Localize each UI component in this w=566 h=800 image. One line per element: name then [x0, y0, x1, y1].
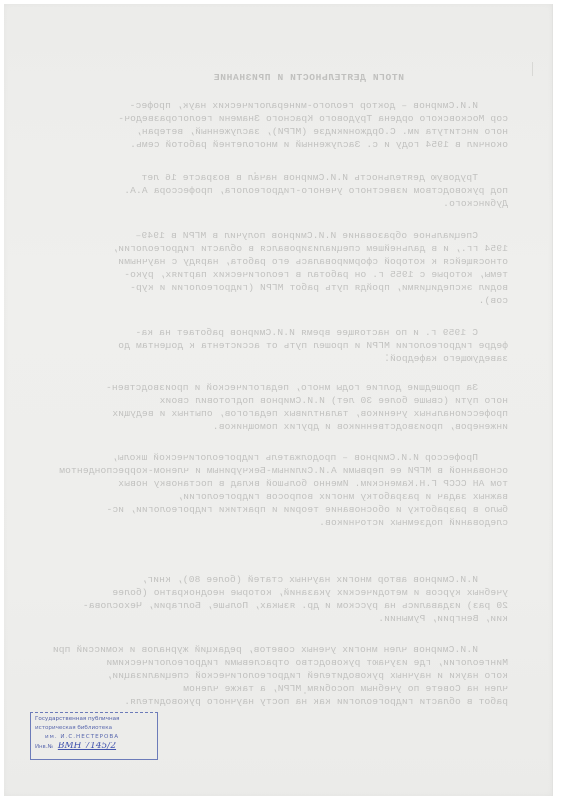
showthrough-line: И.И.Смирнов – доктор геолого-минералогич… — [129, 100, 478, 112]
showthrough-line: Мингеологии, где изучают руководство отр… — [106, 657, 508, 669]
scanned-page: ИТОГИ ДЕЯТЕЛЬНОСТИ И ПРИЗНАНИЕ И.И.Смирн… — [0, 0, 566, 800]
showthrough-line: темы, которые с 1955 г. он работал в гео… — [124, 269, 508, 281]
showthrough-line: окончил в 1954 году и с. Заслуженный и м… — [130, 139, 508, 151]
showthrough-line: Специальное образование И.И.Смирнов полу… — [135, 230, 478, 242]
showthrough-line: ного пути (свыше более 30 лет) И.И.Смирн… — [159, 395, 508, 407]
showthrough-line: 1954 гг., и в дальнейшем специализировал… — [112, 243, 508, 255]
stamp-inventory-row: Инв.№ ВМН 7145/2 — [35, 742, 153, 752]
showthrough-line: было в разработку и обоснование теории и… — [106, 504, 508, 516]
stamp-inventory-label: Инв.№ — [35, 744, 53, 750]
showthrough-line: 20 раз) издавались на русском и др. язык… — [83, 600, 508, 612]
showthrough-line: член на Совете по учебным пособиям МГРИ,… — [183, 683, 508, 695]
library-stamp: Государственная публичная историческая б… — [30, 712, 158, 760]
showthrough-line: И.И.Смирнов член многих ученых советов, … — [53, 644, 478, 656]
showthrough-line: работ в области гидрогеологии как на пос… — [124, 696, 508, 708]
paper-crease — [532, 62, 533, 76]
showthrough-line: федре гидрогеологии МГРИ и прошел путь о… — [118, 340, 508, 352]
stamp-line-3: им. И.С.НЕСТЕРОВА — [35, 733, 153, 742]
showthrough-line: И.И.Смирнов автор многих научных статей … — [141, 574, 478, 586]
showthrough-line: следований подземных источников. — [319, 517, 508, 529]
showthrough-line: кого науки и научных руководителей гидро… — [106, 670, 508, 682]
showthrough-line: С 1959 г. и по настоящее время И.И.Смирн… — [135, 327, 478, 339]
paper-speck — [386, 354, 388, 356]
showthrough-line: основанной в МГРИ ее первыми А.И.Силиным… — [59, 465, 508, 477]
paper-sheet: ИТОГИ ДЕЯТЕЛЬНОСТИ И ПРИЗНАНИЕ И.И.Смирн… — [4, 4, 553, 796]
mirrored-showthrough-text: ИТОГИ ДЕЯТЕЛЬНОСТИ И ПРИЗНАНИЕ И.И.Смирн… — [4, 4, 552, 796]
showthrough-line: важных задач и разработку многих вопросо… — [177, 491, 508, 503]
showthrough-line: заведующего кафедрой. — [384, 353, 508, 365]
showthrough-line: сор Московского ордена Трудового Красног… — [118, 113, 508, 125]
showthrough-title: ИТОГИ ДЕЯТЕЛЬНОСТИ И ПРИЗНАНИЕ — [213, 72, 404, 84]
showthrough-line: кии, Венгрии, Румынии. — [378, 613, 508, 625]
stamp-line-2: историческая библиотека — [35, 724, 153, 733]
showthrough-line: том АН СССР Г.Н.Каменским. Именно большо… — [118, 478, 508, 490]
showthrough-line: учебных курсов и методических указаний, … — [112, 587, 508, 599]
showthrough-line: профессиональных учеников, талантливых п… — [112, 408, 508, 420]
showthrough-line: Дубинского. — [443, 198, 508, 210]
showthrough-line: Трудовую деятельность И.И.Смирнов начал … — [141, 172, 478, 184]
showthrough-line: инженеров, производственников и других п… — [213, 421, 508, 433]
showthrough-line: сов). — [478, 295, 508, 307]
showthrough-line: водил экспедициями, пройдя путь работ МГ… — [130, 282, 508, 294]
showthrough-line: относящейся к которой сформировалась его… — [118, 256, 508, 268]
showthrough-line: под руководством известного ученого-гидр… — [124, 185, 508, 197]
stamp-line-1: Государственная публичная — [35, 715, 153, 724]
showthrough-line: Профессор И.И.Смирнов – продолжатель гид… — [112, 452, 478, 464]
showthrough-line: За прошедшие долгие годы много, педагоги… — [106, 382, 478, 394]
showthrough-line: ного института им. С.Орджоникидзе (МГРИ)… — [136, 126, 508, 138]
paper-speck — [304, 692, 306, 694]
stamp-inventory-number: ВМН 7145/2 — [58, 742, 116, 751]
paper-speck — [254, 172, 256, 174]
